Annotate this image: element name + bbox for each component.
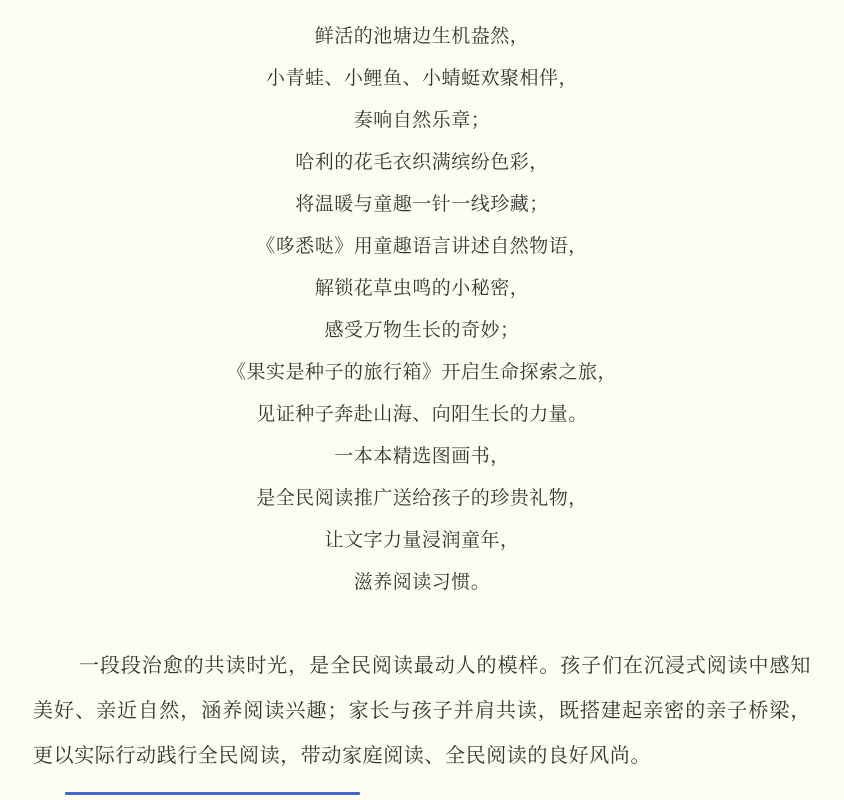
poem-line: 是全民阅读推广送给孩子的珍贵礼物， [33,478,811,520]
article-page: 鲜活的池塘边生机盎然， 小青蛙、小鲤鱼、小蜻蜓欢聚相伴， 奏响自然乐章； 哈利的… [0,0,844,800]
poem-line: 鲜活的池塘边生机盎然， [33,16,811,58]
divider-line [65,792,360,795]
article-paragraph: 一段段治愈的共读时光，是全民阅读最动人的模样。孩子们在沉浸式阅读中感知美好、亲近… [33,644,811,779]
poem-line: 哈利的花毛衣织满缤纷色彩， [33,142,811,184]
poem-line: 一本本精选图画书， [33,436,811,478]
poem-line: 《哆悉哒》用童趣语言讲述自然物语， [33,226,811,268]
poem-line: 《果实是种子的旅行箱》开启生命探索之旅， [33,352,811,394]
poem-line: 滋养阅读习惯。 [33,562,811,604]
poem-line: 解锁花草虫鸣的小秘密， [33,268,811,310]
poem-line: 将温暖与童趣一针一线珍藏； [33,184,811,226]
poem-block: 鲜活的池塘边生机盎然， 小青蛙、小鲤鱼、小蜻蜓欢聚相伴， 奏响自然乐章； 哈利的… [33,16,811,604]
poem-line: 小青蛙、小鲤鱼、小蜻蜓欢聚相伴， [33,58,811,100]
poem-line: 奏响自然乐章； [33,100,811,142]
poem-line: 让文字力量浸润童年， [33,520,811,562]
poem-line: 见证种子奔赴山海、向阳生长的力量。 [33,394,811,436]
poem-line: 感受万物生长的奇妙； [33,310,811,352]
